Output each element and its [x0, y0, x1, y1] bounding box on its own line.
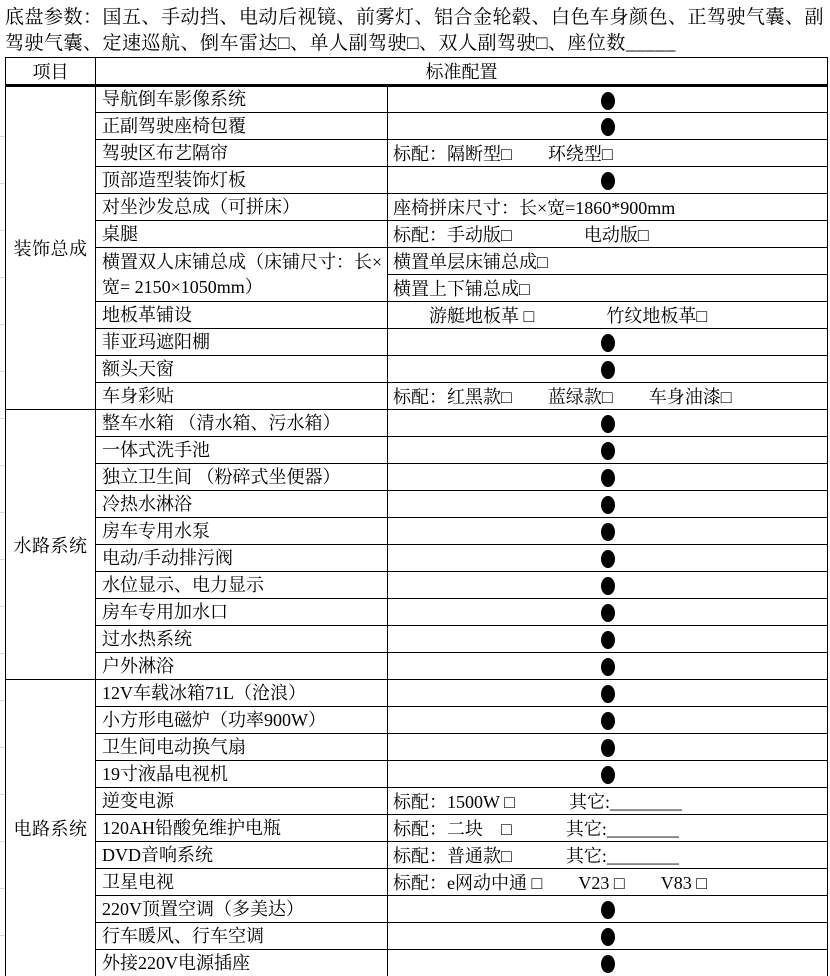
table-row: 对坐沙发总成（可拼床）座椅拼床尺寸：长×宽=1860*900mm	[6, 194, 828, 221]
standard-bullet-indicator	[601, 577, 615, 595]
table-row: 电路系统12V车载冰箱71L（沧浪）	[6, 680, 828, 707]
table-row: 正副驾驶座椅包覆	[6, 113, 828, 140]
standard-bullet-indicator	[601, 658, 615, 676]
config-cell	[388, 356, 828, 383]
item-cell: 电动/手动排污阀	[96, 545, 388, 572]
standard-bullet-indicator	[601, 442, 615, 460]
item-cell: 户外淋浴	[96, 653, 388, 680]
table-row: 19寸液晶电视机	[6, 761, 828, 788]
item-cell: 菲亚玛遮阳棚	[96, 329, 388, 356]
column-header-standard-config: 标准配置	[96, 58, 828, 86]
standard-bullet-indicator	[601, 604, 615, 622]
standard-bullet-indicator	[601, 334, 615, 352]
table-row: 逆变电源标配：1500W □ 其它:________	[6, 788, 828, 815]
item-cell: DVD音响系统	[96, 842, 388, 869]
table-row: 电动/手动排污阀	[6, 545, 828, 572]
config-cell	[388, 680, 828, 707]
item-cell: 19寸液晶电视机	[96, 761, 388, 788]
table-row: 一体式洗手池	[6, 437, 828, 464]
item-cell: 220V顶置空调（多美达）	[96, 896, 388, 923]
category-cell: 水路系统	[6, 410, 96, 680]
table-row: 房车专用加水口	[6, 599, 828, 626]
table-row: 外接220V电源插座	[6, 950, 828, 976]
config-cell: 标配：普通款□ 其它:________	[388, 842, 828, 869]
config-cell	[388, 464, 828, 491]
rv-spec-sheet: 底盘参数：国五、手动挡、电动后视镜、前雾灯、铝合金轮毂、白色车身颜色、正驾驶气囊…	[0, 0, 830, 976]
standard-bullet-indicator	[601, 415, 615, 433]
item-cell: 导航倒车影像系统	[96, 86, 388, 113]
standard-bullet-indicator	[601, 766, 615, 784]
config-cell	[388, 410, 828, 437]
config-cell: 横置单层床铺总成□	[388, 248, 828, 275]
config-cell	[388, 653, 828, 680]
config-cell	[388, 86, 828, 113]
standard-bullet-indicator	[601, 469, 615, 487]
item-cell: 外接220V电源插座	[96, 950, 388, 976]
config-cell: 座椅拼床尺寸：长×宽=1860*900mm	[388, 194, 828, 221]
table-row: 过水热系统	[6, 626, 828, 653]
item-cell: 冷热水淋浴	[96, 491, 388, 518]
config-cell	[388, 761, 828, 788]
table-row: 冷热水淋浴	[6, 491, 828, 518]
table-row: 装饰总成导航倒车影像系统	[6, 86, 828, 113]
standard-bullet-indicator	[601, 712, 615, 730]
table-row: 桌腿标配：手动版□ 电动版□	[6, 221, 828, 248]
item-cell: 一体式洗手池	[96, 437, 388, 464]
config-cell	[388, 599, 828, 626]
config-cell: 标配：二块 □ 其它:________	[388, 815, 828, 842]
item-cell: 卫生间电动换气扇	[96, 734, 388, 761]
item-cell: 行车暖风、行车空调	[96, 923, 388, 950]
item-cell: 12V车载冰箱71L（沧浪）	[96, 680, 388, 707]
config-cell	[388, 734, 828, 761]
config-cell: 标配：隔断型□ 环绕型□	[388, 140, 828, 167]
table-row: 横置双人床铺总成（床铺尺寸：长×宽= 2150×1050mm）横置单层床铺总成□	[6, 248, 828, 275]
config-cell	[388, 707, 828, 734]
item-cell: 水位显示、电力显示	[96, 572, 388, 599]
config-cell	[388, 329, 828, 356]
config-cell	[388, 545, 828, 572]
config-cell: 游艇地板革 □ 竹纹地板革□	[388, 302, 828, 329]
item-cell: 过水热系统	[96, 626, 388, 653]
config-cell	[388, 113, 828, 140]
table-row: 小方形电磁炉（功率900W）	[6, 707, 828, 734]
standard-bullet-indicator	[601, 631, 615, 649]
table-row: 地板革铺设 游艇地板革 □ 竹纹地板革□	[6, 302, 828, 329]
config-cell	[388, 491, 828, 518]
config-cell	[388, 167, 828, 194]
item-cell: 房车专用加水口	[96, 599, 388, 626]
config-table-body: 装饰总成导航倒车影像系统正副驾驶座椅包覆驾驶区布艺隔帘标配：隔断型□ 环绕型□顶…	[6, 86, 828, 976]
table-row: 菲亚玛遮阳棚	[6, 329, 828, 356]
config-cell	[388, 923, 828, 950]
config-cell: 横置上下铺总成□	[388, 275, 828, 302]
item-cell: 驾驶区布艺隔帘	[96, 140, 388, 167]
standard-bullet-indicator	[601, 928, 615, 946]
table-row: 水路系统整车水箱 （清水箱、污水箱）	[6, 410, 828, 437]
config-cell	[388, 626, 828, 653]
category-cell: 装饰总成	[6, 86, 96, 410]
standard-bullet-indicator	[601, 955, 615, 973]
item-cell: 顶部造型装饰灯板	[96, 167, 388, 194]
config-cell	[388, 437, 828, 464]
standard-bullet-indicator	[601, 172, 615, 190]
config-cell: 标配：1500W □ 其它:________	[388, 788, 828, 815]
table-row: 卫星电视标配：e网动中通 □ V23 □ V83 □	[6, 869, 828, 896]
standard-bullet-indicator	[601, 739, 615, 757]
item-cell: 正副驾驶座椅包覆	[96, 113, 388, 140]
standard-bullet-indicator	[601, 523, 615, 541]
item-cell: 对坐沙发总成（可拼床）	[96, 194, 388, 221]
table-row: 车身彩贴标配：红黑款□ 蓝绿款□ 车身油漆□	[6, 383, 828, 410]
column-header-item: 项目	[6, 58, 96, 86]
config-cell	[388, 572, 828, 599]
standard-bullet-indicator	[601, 496, 615, 514]
chassis-parameters-note: 底盘参数：国五、手动挡、电动后视镜、前雾灯、铝合金轮毂、白色车身颜色、正驾驶气囊…	[0, 0, 830, 57]
table-row: 独立卫生间 （粉碎式坐便器）	[6, 464, 828, 491]
item-cell: 小方形电磁炉（功率900W）	[96, 707, 388, 734]
category-cell: 电路系统	[6, 680, 96, 976]
table-row: 220V顶置空调（多美达）	[6, 896, 828, 923]
item-cell: 额头天窗	[96, 356, 388, 383]
config-cell	[388, 950, 828, 976]
table-row: DVD音响系统标配：普通款□ 其它:________	[6, 842, 828, 869]
item-cell: 整车水箱 （清水箱、污水箱）	[96, 410, 388, 437]
config-cell	[388, 518, 828, 545]
table-row: 水位显示、电力显示	[6, 572, 828, 599]
standard-bullet-indicator	[601, 685, 615, 703]
item-cell: 120AH铅酸免维护电瓶	[96, 815, 388, 842]
table-row: 驾驶区布艺隔帘标配：隔断型□ 环绕型□	[6, 140, 828, 167]
table-row: 行车暖风、行车空调	[6, 923, 828, 950]
item-cell: 横置双人床铺总成（床铺尺寸：长×宽= 2150×1050mm）	[96, 248, 388, 302]
standard-bullet-indicator	[601, 901, 615, 919]
table-row: 卫生间电动换气扇	[6, 734, 828, 761]
item-cell: 独立卫生间 （粉碎式坐便器）	[96, 464, 388, 491]
item-cell: 地板革铺设	[96, 302, 388, 329]
table-row: 顶部造型装饰灯板	[6, 167, 828, 194]
item-cell: 逆变电源	[96, 788, 388, 815]
table-row: 房车专用水泵	[6, 518, 828, 545]
config-cell: 标配：红黑款□ 蓝绿款□ 车身油漆□	[388, 383, 828, 410]
table-row: 户外淋浴	[6, 653, 828, 680]
config-cell: 标配：手动版□ 电动版□	[388, 221, 828, 248]
config-cell	[388, 896, 828, 923]
standard-bullet-indicator	[601, 92, 615, 110]
item-cell: 车身彩贴	[96, 383, 388, 410]
table-row: 额头天窗	[6, 356, 828, 383]
item-cell: 卫星电视	[96, 869, 388, 896]
standard-bullet-indicator	[601, 118, 615, 136]
standard-bullet-indicator	[601, 361, 615, 379]
standard-bullet-indicator	[601, 550, 615, 568]
table-header-row: 项目 标准配置	[6, 58, 828, 86]
config-cell: 标配：e网动中通 □ V23 □ V83 □	[388, 869, 828, 896]
item-cell: 桌腿	[96, 221, 388, 248]
table-row: 120AH铅酸免维护电瓶标配：二块 □ 其它:________	[6, 815, 828, 842]
config-table: 项目 标准配置 装饰总成导航倒车影像系统正副驾驶座椅包覆驾驶区布艺隔帘标配：隔断…	[5, 57, 828, 976]
item-cell: 房车专用水泵	[96, 518, 388, 545]
